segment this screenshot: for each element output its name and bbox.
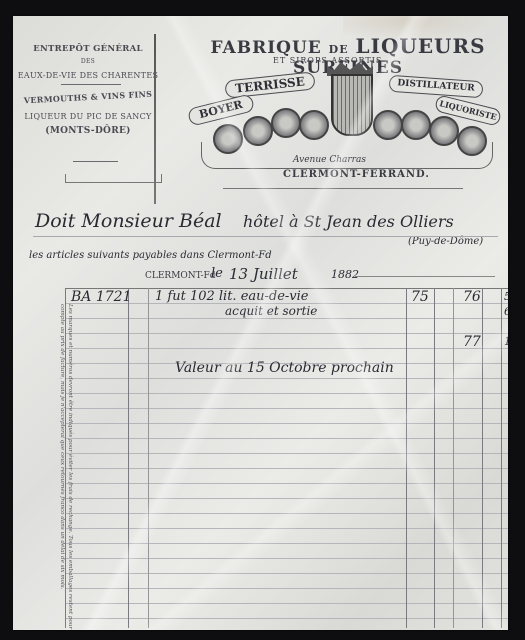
medal-icon [271, 108, 301, 138]
col-divider-price [434, 288, 435, 628]
table-rule [65, 468, 508, 469]
date-le: le [211, 266, 223, 281]
date-day-month: 13 Juillet [229, 265, 298, 283]
addressee-region: (Puy-de-Dôme) [408, 236, 483, 247]
table-rule [65, 573, 508, 574]
payment-note: Valeur au 15 Octobre prochain [175, 360, 394, 376]
col-divider-description [406, 288, 407, 628]
title-fabrique: FABRIQUE [210, 38, 321, 58]
date-year: 1882 [331, 268, 359, 281]
margin-note: Les marques et numéros devront être indi… [44, 304, 74, 630]
row1-price: 75 [411, 289, 429, 305]
addressee-location: hôtel à St Jean des Olliers [243, 212, 454, 231]
banner-distillateur: DISTILLATEUR [389, 75, 484, 99]
col-divider-cents [501, 288, 502, 628]
table-rule [65, 498, 508, 499]
col-divider-price-cents [453, 288, 454, 628]
col-divider-number [148, 288, 149, 628]
medal-icon [401, 110, 431, 140]
ornament-post [154, 34, 156, 204]
table-rule [65, 438, 508, 439]
table-rule [65, 378, 508, 379]
table-rule [65, 528, 508, 529]
table-rule [65, 333, 508, 334]
col-divider-mark [128, 288, 129, 628]
table-rule [65, 558, 508, 559]
row1-mark: BA 1721 [71, 289, 131, 305]
row3-cents: 10 [504, 335, 508, 348]
table-rule [65, 513, 508, 514]
ornament-rule [223, 188, 463, 189]
medal-icon [373, 110, 403, 140]
row2-cents: 60 [504, 305, 508, 318]
table-rule [65, 603, 508, 604]
table-rule [65, 393, 508, 394]
liqueur-line: LIQUEUR DU PIC DE SANCY [13, 112, 163, 121]
coat-of-arms-icon [331, 74, 373, 136]
letterhead-subtitle: ET SIROPS ASSORTIS [273, 56, 382, 65]
monts-dore-line: (MONTS-DÔRE) [13, 126, 163, 136]
eaux-de-vie-line: EAUX-DE-VIE DES CHARENTES [13, 71, 163, 80]
addressee-doit: Doit Monsieur Béal [35, 210, 222, 232]
ornament-bracket [65, 174, 162, 183]
terms-line: les articles suivants payables dans Cler… [29, 250, 272, 261]
date-rule [355, 276, 495, 277]
des-label: DES [13, 58, 163, 65]
vermouths-line: VERMOUTHS & VINS FINS [13, 88, 163, 106]
invoice-paper: ENTREPÔT GÉNÉRAL DES EAUX-DE-VIE DES CHA… [13, 16, 508, 630]
table-rule [65, 408, 508, 409]
table-rule [65, 453, 508, 454]
date-place: CLERMONT-Fd [145, 271, 216, 281]
ornament-rule [61, 84, 121, 85]
table-rule [65, 618, 508, 619]
entrepot-general: ENTREPÔT GÉNÉRAL [13, 44, 163, 54]
row3-amount: 77 [463, 334, 481, 350]
table-rule [65, 588, 508, 589]
col-divider-amount [482, 288, 483, 628]
table-rule [65, 483, 508, 484]
ornament-rule [73, 161, 118, 162]
row2-description: acquit et sortie [225, 304, 317, 318]
title-liqueurs: LIQUEURS [356, 34, 486, 58]
row1-description: 1 fut 102 lit. eau-de-vie [155, 289, 309, 304]
address-city: CLERMONT-FERRAND. [283, 169, 430, 180]
title-de: DE [329, 43, 349, 56]
address-rule [33, 236, 498, 237]
address-street: Avenue Charras [293, 155, 366, 165]
row1-cents: 50 [504, 290, 508, 303]
table-rule [65, 348, 508, 349]
table-rule [65, 543, 508, 544]
table-rule [65, 318, 508, 319]
medal-icon [299, 110, 329, 140]
invoice-table: BA 1721 1 fut 102 lit. eau-de-vie 75 76 … [65, 288, 508, 628]
row1-amount: 76 [463, 289, 481, 305]
table-rule [65, 423, 508, 424]
